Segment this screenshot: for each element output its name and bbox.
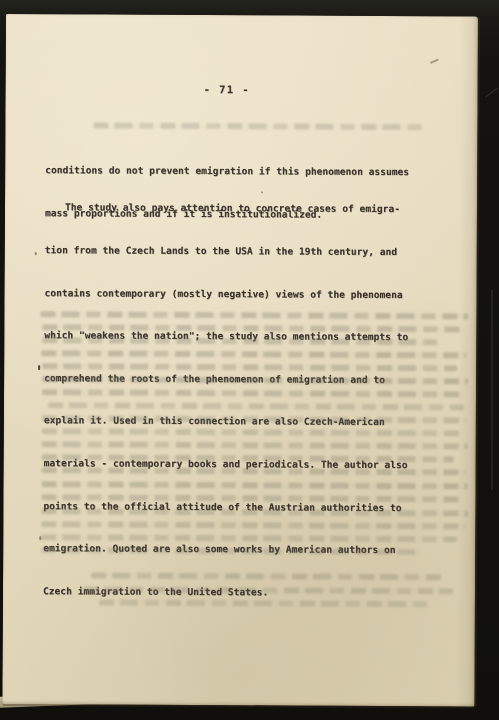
ink-speck (261, 191, 263, 193)
body-line: The study also pays attention to concret… (45, 202, 435, 218)
document-page: - 71 - conditions do not prevent emigrat… (2, 14, 478, 706)
page-number: - 71 - (204, 84, 250, 96)
bleedthrough-line (93, 122, 423, 130)
ink-speck (39, 536, 41, 540)
ink-speck (35, 252, 37, 255)
body-line: contains contemporary (mostly negative) … (44, 287, 434, 303)
page-stack-edge (491, 290, 493, 490)
scan-scratch (485, 87, 497, 97)
ink-speck (38, 365, 40, 370)
page-edge-shading (456, 16, 478, 706)
body-line: tion from the Czech Lands to the USA in … (45, 244, 435, 260)
scanner-background: - 71 - conditions do not prevent emigrat… (0, 0, 499, 720)
pen-mark (430, 59, 439, 64)
paragraph: The study also pays attention to concret… (43, 173, 435, 629)
